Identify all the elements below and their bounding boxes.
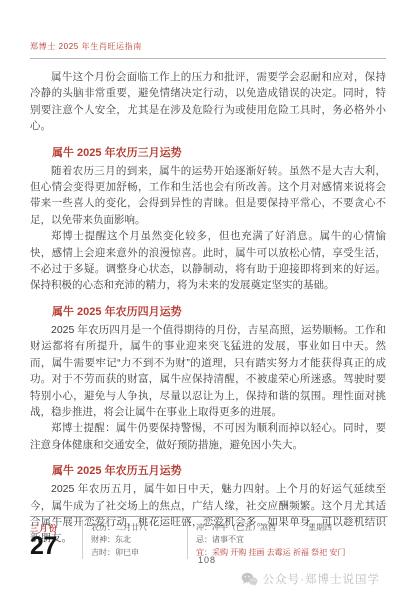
- calendar-footer: 三月份 27 农历：二月廿八 财神：东北 吉时：卯巳申 冲：冲牛（己丑）煞西 星…: [30, 516, 388, 559]
- section-heading-month5: 属牛 2025 年农历五月运势: [30, 464, 386, 478]
- paragraph: 郑博士提醒：属牛仍要保持警惕，不可因为顺利而掉以轻心。同时，要注意身体健康和交通…: [30, 420, 386, 453]
- calendar-info-left: 农历：二月廿八 财神：东北 吉时：卯巳申: [82, 522, 183, 559]
- calendar-clash-row: 冲：冲牛（己丑）煞西 星期四: [196, 522, 388, 534]
- paragraph: 郑博士提醒这个月虽然变化较多，但也充满了好消息。属牛的心情愉快，感情上会迎来意外…: [30, 228, 386, 294]
- paragraph: 随着农历三月的到来，属牛的运势开始逐渐好转。虽然不是大吉大利，但心情会变得更加舒…: [30, 163, 386, 229]
- calendar-date-block: 三月份 27: [30, 522, 82, 559]
- calendar-clash: 冲：冲牛（己丑）煞西: [196, 522, 276, 534]
- calendar-info-right: 冲：冲牛（己丑）煞西 星期四 忌：诸事不宜 宜：采购 开购 挂画 去霉运 祈福 …: [187, 522, 388, 559]
- watermark: 公众号·郑博士说国学: [241, 571, 380, 587]
- calendar-wealth-god: 财神：东北: [91, 534, 183, 546]
- document-content: 属牛这个月份会面临工作上的压力和批评，需要学会忍耐和应对，保持冷静的头脑非常重要…: [30, 60, 386, 547]
- page-header: 郑博士 2025 年生肖旺运指南: [30, 36, 386, 59]
- section-heading-month3: 属牛 2025 年农历三月运势: [30, 146, 386, 160]
- watermark-text: 公众号·郑博士说国学: [263, 571, 380, 587]
- section-heading-month4: 属牛 2025 年农历四月运势: [30, 305, 386, 319]
- document-page: 郑博士 2025 年生肖旺运指南 属牛这个月份会面临工作上的压力和批评，需要学会…: [0, 0, 414, 600]
- wechat-icon: [241, 572, 258, 586]
- header-title: 郑博士 2025 年生肖旺运指南: [30, 42, 142, 51]
- page-number: 108: [0, 555, 414, 565]
- calendar-avoid: 忌：诸事不宜: [196, 534, 388, 546]
- calendar-lunar-date: 农历：二月廿八: [91, 522, 183, 534]
- paragraph: 2025 年农历四月是一个值得期待的月份，吉星高照，运势顺畅。工作和财运都将有所…: [30, 322, 386, 420]
- intro-paragraph: 属牛这个月份会面临工作上的压力和批评，需要学会忍耐和应对，保持冷静的头脑非常重要…: [30, 69, 386, 135]
- calendar-weekday: 星期四: [308, 522, 332, 534]
